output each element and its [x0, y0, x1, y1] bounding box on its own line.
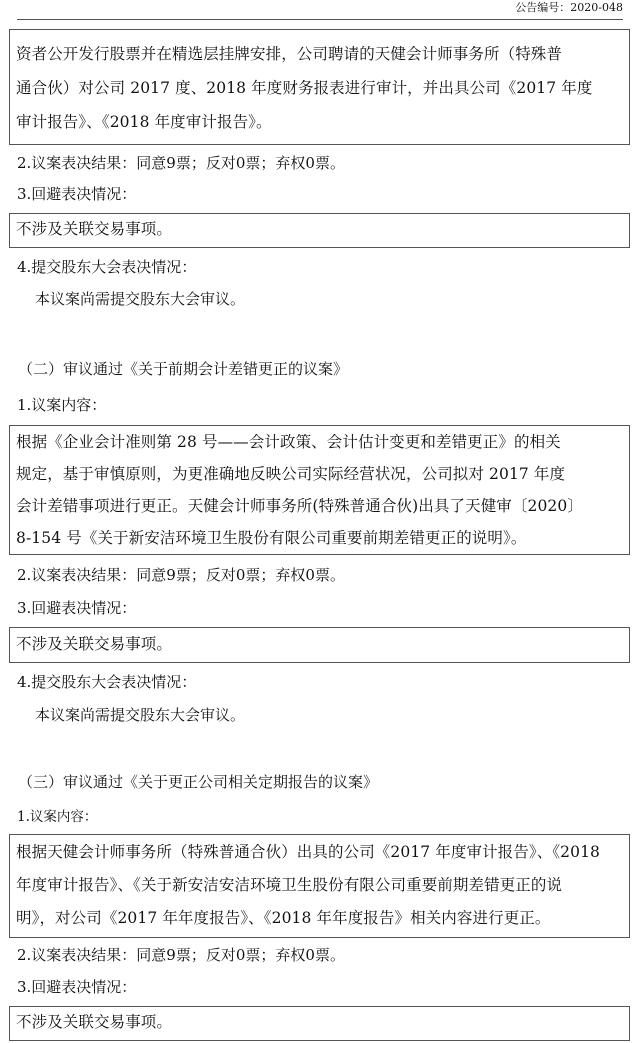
shareholder-text: 本议案尚需提交股东大会审议。	[35, 705, 245, 725]
content-line: 根据《企业会计准则第 28 号——会计政策、会计估计变更和差错更正》的相关	[16, 426, 623, 458]
content-line: 根据天健会计师事务所（特殊普通合伙）出具的公司《2017 年度审计报告》、《20…	[16, 836, 623, 869]
recusal-text: 不涉及关联交易事项。	[16, 1007, 623, 1038]
proposal-content-box: 根据天健会计师事务所（特殊普通合伙）出具的公司《2017 年度审计报告》、《20…	[9, 834, 630, 938]
announcement-number: 公告编号：2020-048	[515, 1, 623, 14]
section-title: （三）审议通过《关于更正公司相关定期报告的议案》	[18, 772, 378, 792]
recusal-box: 不涉及关联交易事项。	[9, 213, 630, 248]
recusal-label: 3.回避表决情况：	[17, 977, 136, 997]
recusal-box: 不涉及关联交易事项。	[9, 1006, 630, 1041]
content-line: 年度审计报告》、《关于新安洁安洁环境卫生股份有限公司重要前期差错更正的说	[16, 869, 623, 902]
recusal-text: 不涉及关联交易事项。	[16, 214, 623, 245]
recusal-box: 不涉及关联交易事项。	[9, 627, 630, 663]
content-line: 会计差错事项进行更正。天健会计师事务所(特殊普通合伙)出具了天健审〔2020〕	[16, 490, 623, 522]
section-title: （二）审议通过《关于前期会计差错更正的议案》	[18, 359, 348, 379]
content-line: 规定，基于审慎原则，为更准确地反映公司实际经营状况，公司拟对 2017 年度	[16, 458, 623, 490]
vote-result: 2.议案表决结果：同意9票；反对0票；弃权0票。	[17, 153, 345, 173]
recusal-label: 3.回避表决情况：	[17, 184, 136, 204]
content-line: 明》，对公司《2017 年年度报告》、《2018 年年度报告》相关内容进行更正。	[16, 902, 623, 935]
page-header: 公告编号：2020-048	[17, 0, 623, 20]
content-label: 1.议案内容：	[17, 395, 106, 415]
vote-result: 2.议案表决结果：同意9票；反对0票；弃权0票。	[17, 945, 345, 965]
content-line: 审计报告》、《2018 年度审计报告》。	[16, 105, 623, 139]
proposal-content-box: 根据《企业会计准则第 28 号——会计政策、会计估计变更和差错更正》的相关 规定…	[9, 425, 630, 555]
content-line: 通合伙）对公司 2017 度、2018 年度财务报表进行审计，并出具公司《201…	[16, 71, 623, 105]
recusal-text: 不涉及关联交易事项。	[16, 628, 623, 660]
recusal-label: 3.回避表决情况：	[17, 598, 136, 618]
shareholder-text: 本议案尚需提交股东大会审议。	[35, 289, 245, 309]
shareholder-label: 4.提交股东大会表决情况：	[17, 257, 196, 277]
content-line: 资者公开发行股票并在精选层挂牌安排，公司聘请的天健会计师事务所（特殊普	[16, 37, 623, 71]
content-label: 1.议案内容：	[17, 807, 97, 827]
vote-result: 2.议案表决结果：同意9票；反对0票；弃权0票。	[17, 565, 345, 585]
proposal-content-box: 资者公开发行股票并在精选层挂牌安排，公司聘请的天健会计师事务所（特殊普 通合伙）…	[9, 29, 630, 145]
shareholder-label: 4.提交股东大会表决情况：	[17, 672, 196, 692]
content-line: 8-154 号《关于新安洁环境卫生股份有限公司重要前期差错更正的说明》。	[16, 522, 623, 554]
